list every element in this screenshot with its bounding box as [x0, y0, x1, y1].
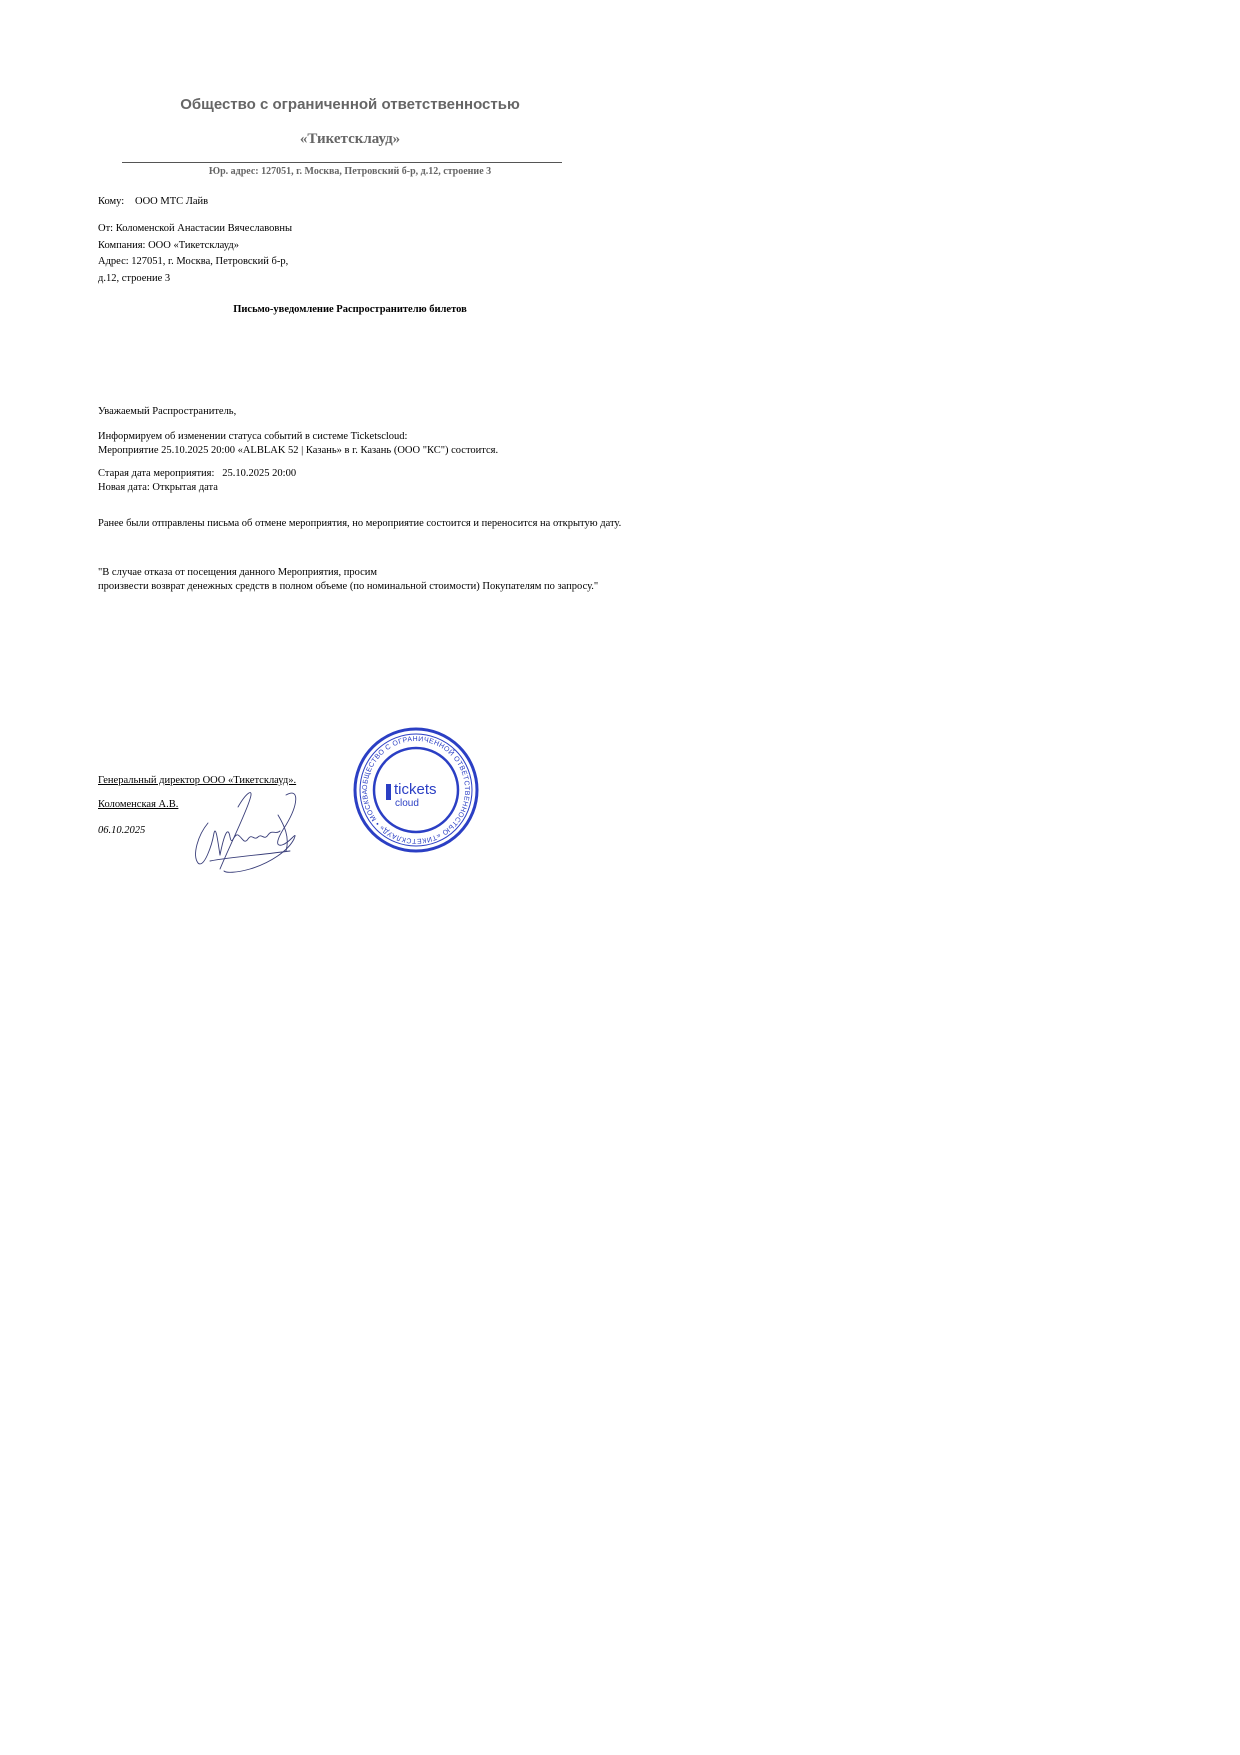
- signoff-date: 06.10.2025: [98, 823, 145, 839]
- quote-line-1: "В случае отказа от посещения данного Ме…: [98, 566, 598, 580]
- recipient-label: Кому:: [98, 194, 124, 210]
- header-legal-address: Юр. адрес: 127051, г. Москва, Петровский…: [0, 166, 700, 177]
- quote-block: "В случае отказа от посещения данного Ме…: [98, 566, 598, 594]
- handwritten-signature: [190, 785, 315, 875]
- sender-address-line2: д.12, строение 3: [98, 271, 292, 288]
- letter-greeting: Уважаемый Распространитель,: [98, 404, 236, 420]
- new-date: Новая дата: Открытая дата: [98, 481, 296, 495]
- info-line-2: Мероприятие 25.10.2025 20:00 «ALBLAK 52 …: [98, 444, 498, 458]
- header-org-form: Общество с ограниченной ответственностью: [0, 96, 700, 113]
- sender-from: От: Коломенской Анастасии Вячеславовны: [98, 221, 292, 238]
- dates-block: Старая дата мероприятия: 25.10.2025 20:0…: [98, 467, 296, 495]
- recipient-value: ООО МТС Лайв: [135, 194, 208, 210]
- quote-line-2: произвести возврат денежных средств в по…: [98, 580, 598, 594]
- info-line-1: Информируем об изменении статуса событий…: [98, 430, 498, 444]
- signatory-name: Коломенская А.В.: [98, 797, 178, 813]
- info-block: Информируем об изменении статуса событий…: [98, 430, 498, 458]
- stamp-logo-word2: cloud: [395, 798, 419, 809]
- stamp-logo-word1: tickets: [394, 781, 437, 798]
- header-company-name: «Тикетсклауд»: [0, 131, 700, 148]
- company-stamp: ОБЩЕСТВО С ОГРАНИЧЕННОЙ ОТВЕТСТВЕННОСТЬЮ…: [352, 726, 480, 854]
- old-date: Старая дата мероприятия: 25.10.2025 20:0…: [98, 467, 296, 481]
- stamp-logo-mark-icon: [386, 784, 391, 800]
- sender-company: Компания: ООО «Тикетсклауд»: [98, 238, 292, 255]
- sender-block: От: Коломенской Анастасии Вячеславовны К…: [98, 221, 292, 287]
- document-page: Общество с ограниченной ответственностью…: [0, 0, 1240, 1755]
- header-divider: [122, 162, 562, 163]
- letter-note: Ранее были отправлены письма об отмене м…: [98, 516, 621, 532]
- sender-address-line1: Адрес: 127051, г. Москва, Петровский б-р…: [98, 254, 292, 271]
- letter-title: Письмо-уведомление Распространителю биле…: [0, 302, 700, 318]
